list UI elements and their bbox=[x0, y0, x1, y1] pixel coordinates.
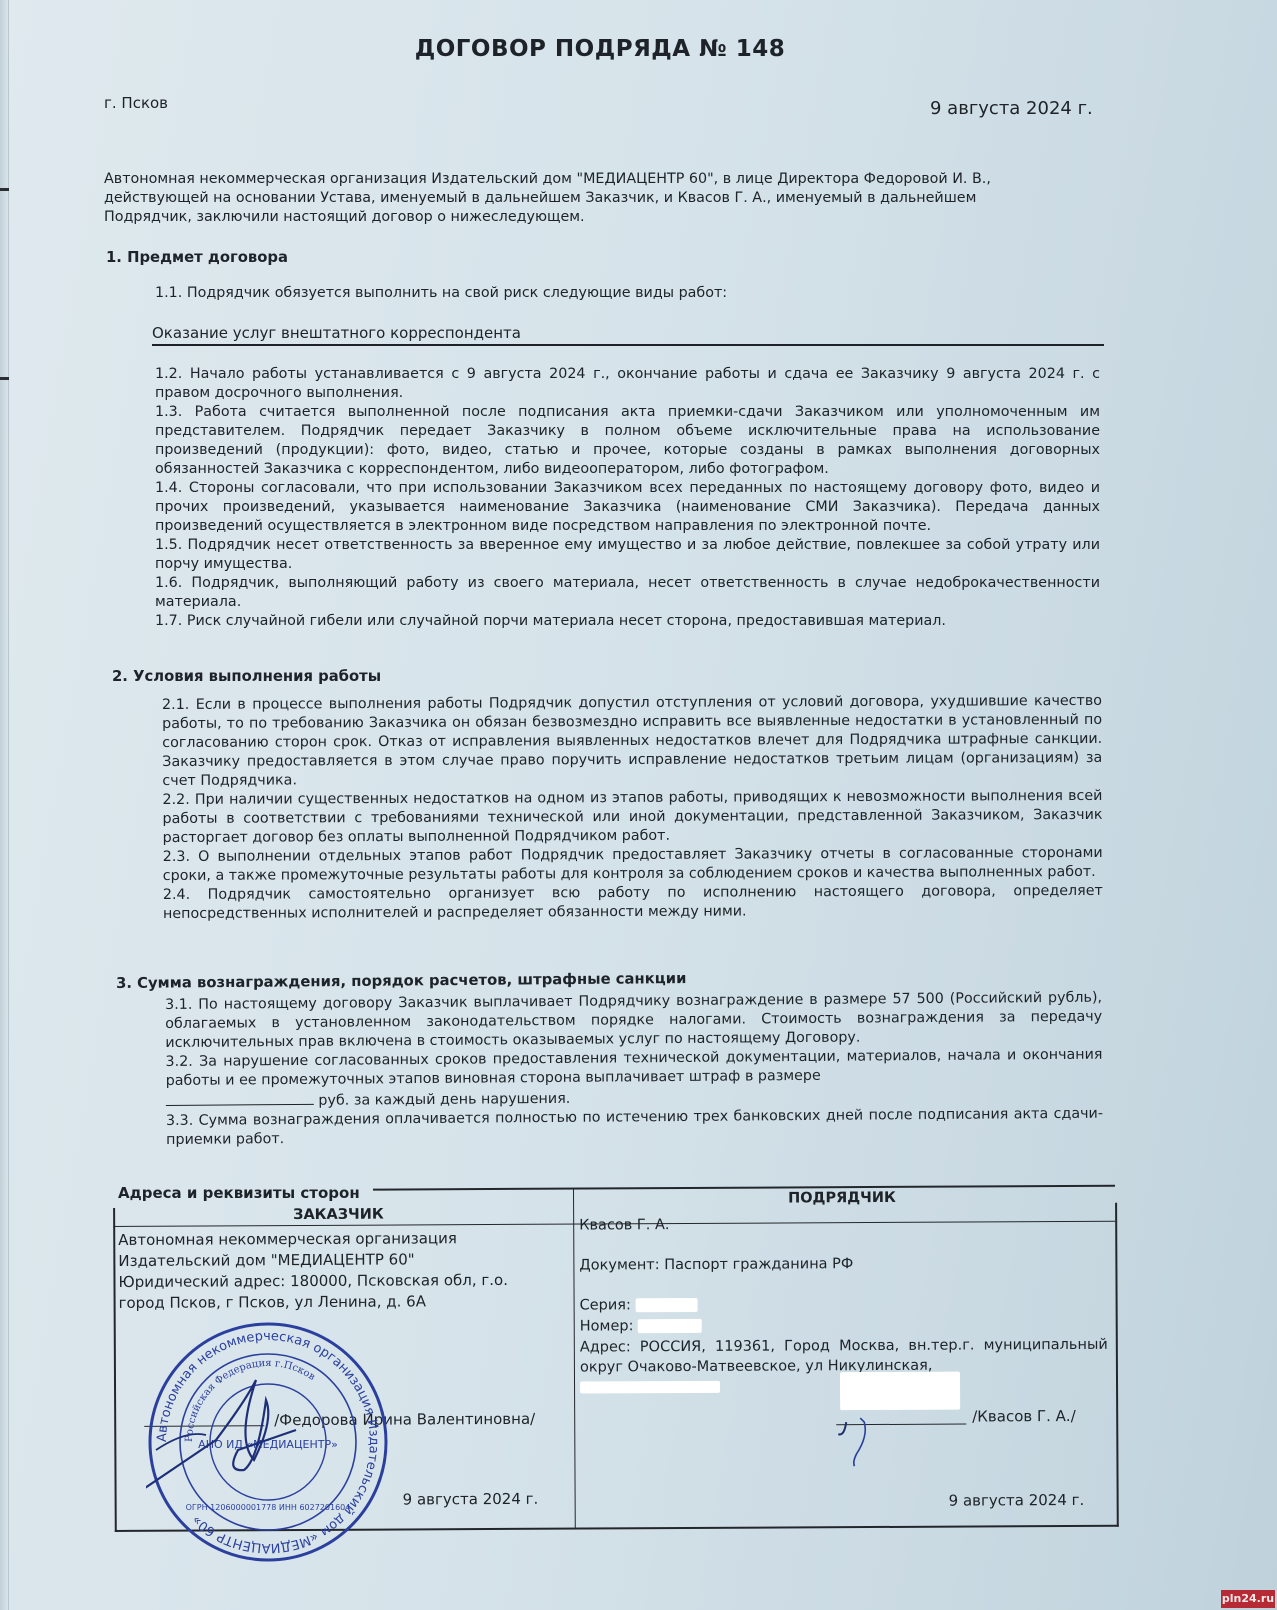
clause-2-1: 2.1. Если в процессе выполнения работы П… bbox=[162, 692, 1102, 791]
contractor-name: Квасов Г. А. bbox=[579, 1213, 1107, 1237]
stamp-bottom-text: ОГРН 1206000001778 ИНН 6027201604 bbox=[186, 1503, 351, 1512]
contractor-number: Номер: bbox=[580, 1314, 1108, 1338]
watermark: pln24.ru bbox=[1221, 1590, 1275, 1608]
clause-3-1: 3.1. По настоящему договору Заказчик вып… bbox=[165, 989, 1102, 1053]
contractor-signature-name: /Квасов Г. А./ bbox=[972, 1407, 1076, 1426]
number-label: Номер: bbox=[580, 1318, 634, 1334]
document-city: г. Псков bbox=[104, 94, 168, 112]
customer-line: Юридический адрес: 180000, Псковская обл… bbox=[118, 1270, 558, 1293]
clause-1-1: 1.1. Подрядчик обязуется выполнить на св… bbox=[155, 284, 727, 303]
contractor-details: Квасов Г. А. Документ: Паспорт гражданин… bbox=[579, 1213, 1108, 1399]
customer-line: Автономная некоммерческая организация bbox=[118, 1228, 558, 1251]
clause-1-3: 1.3. Работа считается выполненной после … bbox=[155, 403, 1100, 479]
contractor-document: Документ: Паспорт гражданина РФ bbox=[579, 1253, 1107, 1277]
binder-mark bbox=[0, 377, 9, 380]
customer-details: Автономная некоммерческая организация Из… bbox=[118, 1228, 558, 1314]
clause-2-4: 2.4. Подрядчик самостоятельно организует… bbox=[163, 882, 1103, 924]
redacted-address-line bbox=[580, 1381, 720, 1394]
redacted-number bbox=[638, 1319, 702, 1333]
section-3-clauses: 3.1. По настоящему договору Заказчик вып… bbox=[165, 989, 1103, 1150]
document-date: 9 августа 2024 г. bbox=[930, 98, 1093, 119]
contractor-header: ПОДРЯДЧИК bbox=[788, 1190, 896, 1207]
clause-1-5: 1.5. Подрядчик несет ответственность за … bbox=[155, 536, 1100, 574]
document-title: ДОГОВОР ПОДРЯДА № 148 bbox=[0, 36, 1200, 62]
clause-2-3: 2.3. О выполнении отдельных этапов работ… bbox=[163, 844, 1103, 886]
section-1-heading: 1. Предмет договора bbox=[106, 249, 288, 266]
section-2-clauses: 2.1. Если в процессе выполнения работы П… bbox=[162, 692, 1103, 924]
clause-1-2: 1.2. Начало работы устанавливается с 9 а… bbox=[155, 365, 1100, 403]
clause-1-4: 1.4. Стороны согласовали, что при исполь… bbox=[155, 479, 1100, 536]
contractor-address: Адрес: РОССИЯ, 119361, Город Москва, вн.… bbox=[580, 1335, 1108, 1378]
intro-paragraph: Автономная некоммерческая организация Из… bbox=[104, 170, 1064, 227]
redacted-series bbox=[635, 1298, 697, 1312]
clause-1-7: 1.7. Риск случайной гибели или случайной… bbox=[155, 612, 1100, 631]
customer-sign-date: 9 августа 2024 г. bbox=[403, 1490, 539, 1509]
clause-2-2: 2.2. При наличии существенных недостатко… bbox=[162, 787, 1102, 848]
clause-3-3: 3.3. Сумма вознаграждения оплачивается п… bbox=[166, 1105, 1103, 1150]
customer-line: Издательский дом "МЕДИАЦЕНТР 60" bbox=[118, 1249, 558, 1272]
contractor-series: Серия: bbox=[580, 1293, 1108, 1317]
organization-stamp-icon: Автономная некоммерческая организация Из… bbox=[146, 1320, 391, 1565]
contractor-sign-date: 9 августа 2024 г. bbox=[949, 1491, 1085, 1510]
work-type-field: Оказание услуг внештатного корреспондент… bbox=[152, 324, 1104, 346]
customer-header: ЗАКАЗЧИК bbox=[293, 1207, 384, 1223]
clause-3-2: 3.2. За нарушение согласованных сроков п… bbox=[165, 1046, 1102, 1112]
binder-mark bbox=[0, 188, 9, 191]
penalty-amount-blank bbox=[166, 1090, 314, 1106]
contractor-signature-icon bbox=[834, 1414, 914, 1474]
page-edge bbox=[0, 0, 9, 1610]
clause-3-2-tail: руб. за каждый день нарушения. bbox=[318, 1091, 570, 1109]
customer-line: город Псков, г Псков, ул Ленина, д. 6А bbox=[119, 1291, 559, 1314]
section-3-heading: 3. Сумма вознаграждения, порядок расчето… bbox=[116, 970, 687, 992]
redacted-signature bbox=[840, 1372, 960, 1411]
section-2-heading: 2. Условия выполнения работы bbox=[112, 668, 381, 685]
series-label: Серия: bbox=[580, 1297, 631, 1313]
section-1-clauses: 1.2. Начало работы устанавливается с 9 а… bbox=[155, 365, 1100, 631]
clause-3-2-text: 3.2. За нарушение согласованных сроков п… bbox=[165, 1047, 1102, 1089]
clause-1-6: 1.6. Подрядчик, выполняющий работу из св… bbox=[155, 574, 1100, 612]
